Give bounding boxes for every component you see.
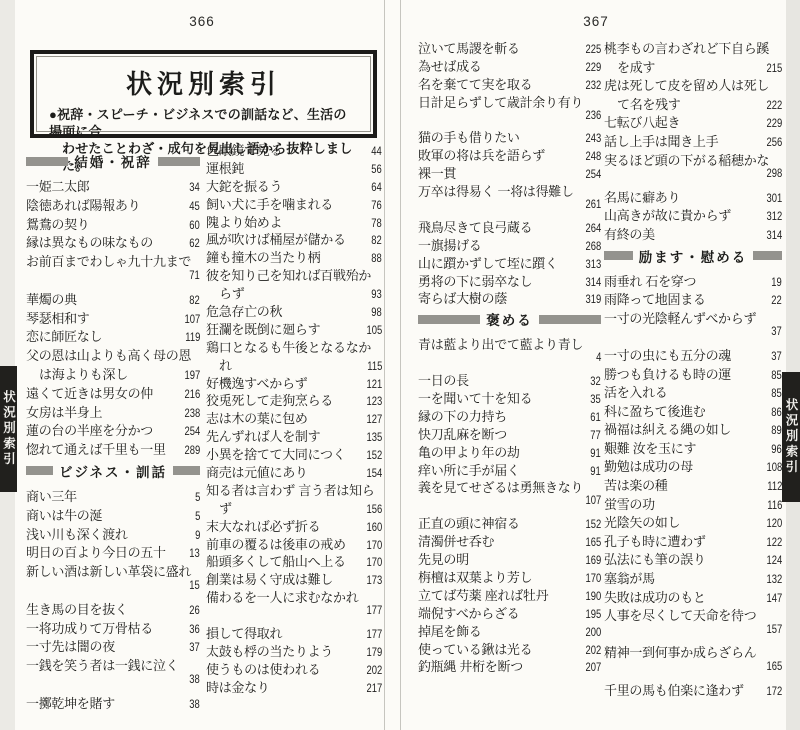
index-entry: 一旗揚げる268 (418, 235, 601, 253)
entry-page-number: 264 (585, 223, 601, 235)
entry-text: 光陰矢の如し (604, 512, 680, 531)
entry-line: 恋に師匠なし119 (26, 326, 200, 345)
index-entry: 掉尾を飾る200 (418, 621, 601, 639)
entry-text: 実るほど頭の下がる稲穂かな (604, 150, 769, 169)
index-column-left-2: 色眼鏡で見る44運根鈍56大鉈を振るう64飼い犬に手を噛まれる76隗より始めよ7… (206, 140, 382, 695)
entry-line: 泣いて馬謖を斬る225 (418, 38, 601, 56)
index-entry: 山高きが故に貴からず312 (604, 205, 782, 224)
entry-text: 生き馬の目を抜く (26, 599, 128, 618)
entry-line: 禍福は糾える縄の如し89 (604, 419, 782, 438)
entry-text: 鶏口となるも牛後となるなか (206, 337, 371, 356)
entry-text: 明日の百より今日の五十 (26, 542, 166, 561)
index-entry: 裸一貫254 (418, 163, 601, 181)
entry-line: 勝つも負けるも時の運85 (604, 364, 782, 383)
index-entry: 禍福は糾える縄の如し89 (604, 419, 782, 438)
entry-text: 勇将の下に弱卒なし (418, 271, 532, 290)
entry-page-number: 207 (585, 662, 601, 674)
entry-continuation-line: 15 (26, 580, 200, 599)
entry-text: 運根鈍 (206, 158, 244, 177)
index-entry: 一寸の虫にも五分の魂37 (604, 345, 782, 364)
entry-line: 商売は元値にあり154 (206, 462, 382, 480)
index-entry: 七転び八起き229 (604, 112, 782, 131)
index-entry: 一寸の光陰軽んずべからず37 (604, 308, 782, 345)
index-entry: 時は金なり217 (206, 677, 382, 695)
entry-text: 船頭多くして船山へ上る (206, 551, 346, 570)
index-entry: 蓮の台の半座を分かつ254 (26, 420, 200, 439)
entry-text: 一銭を笑う者は一銭に泣く (26, 655, 178, 674)
index-entry: 雨垂れ 石を穿つ19 (604, 271, 782, 290)
entry-page-number: 107 (585, 495, 601, 507)
index-entry: 一姫二太郎34 (26, 176, 200, 195)
index-entry: 勝つも負けるも時の運85 (604, 364, 782, 383)
entry-line: 明日の百より今日の五十13 (26, 542, 200, 561)
entry-text: 色眼鏡で見る (206, 140, 282, 159)
entry-text: 鐘も撞木の当たり柄 (206, 247, 320, 266)
entry-page-number: 82 (372, 235, 382, 247)
entry-text: 風が吹けば桶屋が儲かる (206, 229, 346, 248)
index-entry: 勇将の下に弱卒なし314 (418, 271, 601, 289)
entry-text: 寄らば大樹の蔭 (418, 288, 507, 307)
index-entry: 日計足らずして歳計余り有り236 (418, 92, 601, 128)
entry-line: 一旗揚げる268 (418, 235, 601, 253)
entry-page-number: 123 (366, 396, 382, 408)
entry-page-number: 229 (585, 62, 601, 74)
index-entry: 風が吹けば桶屋が儲かる82 (206, 229, 382, 247)
index-entry: 敗軍の将は兵を語らず248 (418, 145, 601, 163)
entry-text: 末大なれば必ず折る (206, 516, 320, 535)
index-entry: 遠くて近きは男女の仲216 (26, 383, 200, 402)
entry-line: 寄らば大樹の蔭319 (418, 288, 601, 306)
entry-line: 一寸の虫にも五分の魂37 (604, 345, 782, 364)
entry-page-number: 38 (190, 674, 200, 686)
entry-continuation-line: 177 (206, 605, 382, 623)
page-number-right: 367 (412, 14, 780, 29)
entry-page-number: 78 (372, 218, 382, 230)
entry-line: 科に盈ちて後進む86 (604, 401, 782, 420)
entry-line: 日計足らずして歳計余り有り (418, 92, 601, 110)
entry-page-number: 60 (190, 220, 200, 232)
index-entry: 清濁併せ呑む165 (418, 531, 601, 549)
entry-line: 敗軍の将は兵を語らず248 (418, 145, 601, 163)
entry-text: 狂瀾を既倒に廻らす (206, 319, 320, 338)
entry-text: 女房は半身上 (26, 402, 102, 421)
entry-page-number: 15 (190, 580, 200, 592)
entry-text: 山高きが故に貴からず (604, 205, 731, 224)
entry-text: 人事を尽くして天命を待つ (604, 605, 756, 624)
entry-line: 活を入れる85 (604, 382, 782, 401)
entry-page-number: 22 (772, 295, 782, 307)
entry-text: 飼い犬に手を噛まれる (206, 194, 333, 213)
index-entry: 失敗は成功のもと147 (604, 587, 782, 606)
entry-text: 父の恩は山よりも高く母の恩 (26, 345, 191, 364)
entry-text: 七転び八起き (604, 112, 680, 131)
entry-line: 商いは牛の涎5 (26, 505, 200, 524)
entry-page-number: 135 (366, 432, 382, 444)
entry-line: 色眼鏡で見る44 (206, 140, 382, 158)
entry-line: 創業は易く守成は難し173 (206, 569, 382, 587)
entry-text: 青は藍より出でて藍より青し (418, 334, 583, 353)
entry-text: 商い三年 (26, 486, 77, 505)
entry-page-number: 256 (766, 137, 782, 149)
entry-page-number: 160 (366, 522, 382, 534)
entry-page-number: 190 (585, 591, 601, 603)
entry-page-number: 236 (585, 110, 601, 122)
index-entry: 父の恩は山よりも高く母の恩は海よりも深し197 (26, 345, 200, 383)
page-boundary-line-left (384, 0, 385, 730)
entry-text: 惚れて通えば千里も一里 (26, 439, 166, 458)
entry-text: 科に盈ちて後進む (604, 401, 705, 420)
entry-line: 船頭多くして船山へ上る170 (206, 551, 382, 569)
entry-text: 一擲乾坤を賭す (26, 693, 115, 712)
entry-line: お前百までわしゃ九十九まで (26, 251, 200, 270)
index-entry: 亀の甲より年の劫91 (418, 442, 601, 460)
entry-text: 志は木の葉に包め (206, 408, 308, 427)
section-bar (418, 315, 480, 324)
entry-line: 勤勉は成功の母108 (604, 456, 782, 475)
entry-text: 蓮の台の半座を分かつ (26, 420, 153, 439)
entry-text: 猫の手も借りたい (418, 127, 520, 146)
entry-text: 先見の明 (418, 549, 469, 568)
entry-text: 栴檀は双葉より芳し (418, 567, 532, 586)
entry-page-number: 197 (184, 370, 200, 382)
thumb-index-tab-right: 状況別索引 (782, 372, 800, 502)
index-entry: 話し上手は聞き上手256 (604, 131, 782, 150)
entry-text: 飛鳥尽きて良弓蔵る (418, 217, 532, 236)
entry-page-number: 86 (772, 407, 782, 419)
entry-page-number: 56 (372, 164, 382, 176)
entry-text: 商いは牛の涎 (26, 505, 102, 524)
entry-line: 亀の甲より年の劫91 (418, 442, 601, 460)
entry-page-number: 165 (585, 537, 601, 549)
entry-text: 掉尾を飾る (418, 621, 482, 640)
entry-text: 日計足らずして歳計余り有り (418, 92, 583, 111)
entry-line: 一擲乾坤を賭す38 (26, 693, 200, 712)
entry-page-number: 44 (372, 146, 382, 158)
entry-page-number: 177 (366, 629, 382, 641)
section-header: 結婚・祝辞 (26, 153, 200, 169)
entry-text: 一旗揚げる (418, 235, 482, 254)
entry-page-number: 45 (190, 201, 200, 213)
entry-line: 風が吹けば桶屋が儲かる82 (206, 229, 382, 247)
entry-page-number: 36 (190, 624, 200, 636)
index-entry: 太鼓も桴の当たりよう179 (206, 641, 382, 659)
index-entry: 苦は楽の種112 (604, 475, 782, 494)
index-entry: 栴檀は双葉より芳し170 (418, 567, 601, 585)
entry-page-number: 91 (591, 448, 601, 460)
index-entry: 浅い川も深く渡れ9 (26, 524, 200, 543)
entry-text: 一将功成りて万骨枯る (26, 618, 153, 637)
index-entry: 明日の百より今日の五十13 (26, 542, 200, 561)
entry-text: 精神一到何事か成らざらん (604, 642, 756, 661)
entry-text: 一姫二太郎 (26, 176, 90, 195)
entry-page-number: 107 (184, 314, 200, 326)
entry-page-number: 71 (190, 270, 200, 282)
entry-line: 一姫二太郎34 (26, 176, 200, 195)
entry-page-number: 254 (184, 426, 200, 438)
index-column-right-2: 桃李もの言わざれど下自ら蹊を成す215虎は死して皮を留め人は死して名を残す222… (604, 38, 782, 698)
entry-line: 小異を捨てて大同につく152 (206, 444, 382, 462)
entry-text: 痒い所に手が届く (418, 460, 520, 479)
index-entry: 華燭の典82 (26, 289, 200, 308)
entry-text: 備わるを一人に求むなかれ (206, 587, 358, 606)
index-entry: 使っている鍬は光る202 (418, 639, 601, 657)
index-entry: 新しい酒は新しい革袋に盛れ15 (26, 561, 200, 599)
section-bar (26, 157, 68, 166)
index-entry: 正直の頭に神宿る152 (418, 513, 601, 531)
entry-text: 艱難 汝を玉にす (604, 438, 696, 457)
entry-line: 琴瑟相和す107 (26, 308, 200, 327)
entry-text: 狡兎死して走狗烹らる (206, 390, 333, 409)
entry-page-number: 319 (585, 294, 601, 306)
section-bar (173, 466, 200, 475)
entry-text: 前車の覆るは後車の戒め (206, 534, 346, 553)
entry-text: 一寸の光陰軽んずべからず (604, 308, 756, 327)
entry-page-number: 116 (767, 500, 782, 512)
entry-text: 先んずれば人を制す (206, 426, 320, 445)
entry-line: 光陰矢の如し120 (604, 512, 782, 531)
entry-page-number: 157 (766, 624, 782, 636)
entry-page-number: 37 (772, 351, 782, 363)
entry-line: 有終の美314 (604, 224, 782, 243)
index-entry: 一将功成りて万骨枯る36 (26, 618, 200, 637)
entry-page-number: 124 (766, 555, 782, 567)
index-entry: 蛍雪の功116 (604, 494, 782, 513)
entry-text: 立てば芍薬 座れば牡丹 (418, 585, 548, 604)
index-entry: 艱難 汝を玉にす96 (604, 438, 782, 457)
entry-page-number: 254 (585, 169, 601, 181)
entry-page-number: 115 (367, 361, 382, 373)
index-entry: 好機逸すべからず121 (206, 373, 382, 391)
index-entry: 山に躓かずして垤に躓く313 (418, 253, 601, 271)
entry-line: 塞翁が馬132 (604, 568, 782, 587)
entry-page-number: 85 (772, 370, 782, 382)
entry-line: 失敗は成功のもと147 (604, 587, 782, 606)
entry-line: 猫の手も借りたい243 (418, 127, 601, 145)
entry-page-number: 32 (591, 376, 601, 388)
entry-page-number: 289 (184, 445, 200, 457)
entry-page-number: 82 (190, 295, 200, 307)
entry-text: 端倪すべからざる (418, 603, 519, 622)
entry-page-number: 152 (366, 450, 382, 462)
entry-page-number: 173 (366, 575, 382, 587)
index-entry: お前百までわしゃ九十九まで71 (26, 251, 200, 289)
index-title-box-inner: 状況別索引 ●祝辞・スピーチ・ビジネスでの訓話など、生活の場面に合 わせたことわ… (36, 56, 371, 132)
entry-text: 縁の下の力持ち (418, 406, 507, 425)
index-entry: 活を入れる85 (604, 382, 782, 401)
entry-line: 義を見てせざるは勇無きなり (418, 477, 601, 495)
entry-text: 蛍雪の功 (604, 494, 655, 513)
entry-line: 危急存亡の秋98 (206, 301, 382, 319)
index-entry: 大鉈を振るう64 (206, 176, 382, 194)
entry-text: 陰徳あれば陽報あり (26, 195, 140, 214)
entry-line: 生き馬の目を抜く26 (26, 599, 200, 618)
index-entry: 運根鈍56 (206, 158, 382, 176)
entry-text: 話し上手は聞き上手 (604, 131, 718, 150)
entry-text: 縁は異なもの味なもの (26, 232, 153, 251)
index-entry: 名馬に癖あり301 (604, 187, 782, 206)
index-title-box: 状況別索引 ●祝辞・スピーチ・ビジネスでの訓話など、生活の場面に合 わせたことわ… (30, 50, 377, 138)
page-edge-right (786, 0, 800, 730)
entry-page-number: 37 (190, 642, 200, 654)
entry-text: 雨降って地固まる (604, 289, 706, 308)
entry-page-number: 165 (766, 661, 782, 673)
index-entry: 女房は半身上238 (26, 402, 200, 421)
entry-page-number: 88 (372, 253, 382, 265)
index-entry: 縁の下の力持ち61 (418, 406, 601, 424)
index-entry: 弘法にも筆の誤り124 (604, 549, 782, 568)
entry-page-number: 202 (366, 665, 382, 677)
entry-page-number: 156 (366, 504, 382, 516)
entry-page-number: 105 (366, 325, 382, 337)
entry-page-number: 93 (372, 289, 382, 301)
entry-page-number: 89 (772, 425, 782, 437)
entry-line: 志は木の葉に包め127 (206, 408, 382, 426)
entry-page-number: 298 (766, 168, 782, 180)
section-label: 結婚・祝辞 (74, 151, 152, 171)
entry-line: 狡兎死して走狗烹らる123 (206, 390, 382, 408)
entry-text: 亀の甲より年の劫 (418, 442, 520, 461)
entry-line: 裸一貫254 (418, 163, 601, 181)
entry-text: 新しい酒は新しい革袋に盛れ (26, 561, 191, 580)
entry-text: 商売は元値にあり (206, 462, 308, 481)
entry-line: 狂瀾を既倒に廻らす105 (206, 319, 382, 337)
entry-page-number: 77 (591, 430, 601, 442)
entry-text: 雨垂れ 石を穿つ (604, 271, 696, 290)
bullet-icon: ● (49, 107, 57, 122)
entry-text: 遠くて近きは男女の仲 (26, 383, 153, 402)
section-label: ビジネス・訓話 (59, 461, 167, 481)
entry-line: 快刀乱麻を断つ77 (418, 424, 601, 442)
entry-page-number: 248 (585, 151, 601, 163)
entry-line: 先んずれば人を制す135 (206, 426, 382, 444)
entry-text: 失敗は成功のもと (604, 587, 706, 606)
entry-page-number: 120 (766, 518, 782, 530)
index-entry: 一を聞いて十を知る35 (418, 388, 601, 406)
entry-continuation-line: れ115 (206, 355, 382, 373)
index-entry: 鶏口となるも牛後となるなかれ115 (206, 337, 382, 373)
entry-page-number: 314 (766, 230, 782, 242)
index-entry: 義を見てせざるは勇無きなり107 (418, 477, 601, 513)
index-entry: 琴瑟相和す107 (26, 308, 200, 327)
entry-line: 一寸先は闇の夜37 (26, 636, 200, 655)
index-entry: 泣いて馬謖を斬る225 (418, 38, 601, 56)
index-entry: 快刀乱麻を断つ77 (418, 424, 601, 442)
section-bar (604, 251, 633, 260)
entry-page-number: 132 (766, 574, 782, 586)
entry-text: 名を棄てて実を取る (418, 74, 532, 93)
entry-line: 知る者は言わず 言う者は知ら (206, 480, 382, 498)
entry-continuation-line: 38 (26, 674, 200, 693)
entry-line: 蛍雪の功116 (604, 494, 782, 513)
entry-text: 名馬に癖あり (604, 187, 680, 206)
entry-line: 女房は半身上238 (26, 402, 200, 421)
entry-line: 蓮の台の半座を分かつ254 (26, 420, 200, 439)
entry-line: 商い三年5 (26, 486, 200, 505)
index-entry: 惚れて通えば千里も一里289 (26, 439, 200, 458)
index-entry: 雨降って地固まる22 (604, 289, 782, 308)
entry-line: 掉尾を飾る200 (418, 621, 601, 639)
entry-continuation-line: を成す215 (604, 57, 782, 76)
entry-line: 遠くて近きは男女の仲216 (26, 383, 200, 402)
index-entry: 狂瀾を既倒に廻らす105 (206, 319, 382, 337)
entry-text: 釣瓶縄 井桁を断つ (418, 656, 523, 675)
entry-page-number: 238 (184, 408, 200, 420)
entry-line: 雨降って地固まる22 (604, 289, 782, 308)
entry-text: 一を聞いて十を知る (418, 388, 532, 407)
entry-line: 備わるを一人に求むなかれ (206, 587, 382, 605)
entry-line: 清濁併せ呑む165 (418, 531, 601, 549)
entry-line: 万卒は得易く 一将は得難し (418, 181, 601, 199)
entry-line: 父の恩は山よりも高く母の恩 (26, 345, 200, 364)
entry-text: 泣いて馬謖を斬る (418, 38, 520, 57)
entry-page-number: 313 (585, 259, 601, 271)
entry-text: 塞翁が馬 (604, 568, 655, 587)
section-bar (26, 466, 53, 475)
index-entry: 科に盈ちて後進む86 (604, 401, 782, 420)
entry-page-number: 64 (372, 182, 382, 194)
index-entry: 陰徳あれば陽報あり45 (26, 195, 200, 214)
entry-page-number: 108 (766, 462, 782, 474)
entry-line: 名馬に癖あり301 (604, 187, 782, 206)
entry-line: 千里の馬も伯楽に逢わず172 (604, 680, 782, 699)
index-entry: 飛鳥尽きて良弓蔵る264 (418, 217, 601, 235)
entry-line: 運根鈍56 (206, 158, 382, 176)
entry-text: 万卒は得易く 一将は得難し (418, 181, 574, 200)
entry-continuation-line: 236 (418, 110, 601, 128)
index-entry: 立てば芍薬 座れば牡丹190 (418, 585, 601, 603)
entry-line: 一を聞いて十を知る35 (418, 388, 601, 406)
entry-page-number: 152 (585, 519, 601, 531)
entry-page-number: 4 (596, 352, 601, 364)
entry-line: 好機逸すべからず121 (206, 373, 382, 391)
entry-continuation-line: 107 (418, 495, 601, 513)
index-entry: 備わるを一人に求むなかれ177 (206, 587, 382, 623)
entry-page-number: 26 (190, 605, 200, 617)
entry-continuation-line: は海よりも深し197 (26, 364, 200, 383)
entry-text: 山に躓かずして垤に躓く (418, 253, 558, 272)
entry-text: 虎は死して皮を留め人は死し (604, 75, 769, 94)
entry-page-number: 172 (766, 686, 782, 698)
entry-page-number: 154 (366, 468, 382, 480)
entry-page-number: 76 (372, 200, 382, 212)
index-title: 状況別索引 (49, 64, 358, 101)
entry-line: 前車の覆るは後車の戒め170 (206, 534, 382, 552)
index-entry: 痒い所に手が届く91 (418, 460, 601, 478)
entry-page-number: 215 (766, 63, 782, 75)
entry-line: 一銭を笑う者は一銭に泣く (26, 655, 200, 674)
entry-continuation-line: 37 (604, 326, 782, 345)
entry-line: 精神一到何事か成らざらん (604, 642, 782, 661)
entry-continuation-line: 4 (418, 352, 601, 370)
entry-text: 危急存亡の秋 (206, 301, 282, 320)
index-entry: 有終の美314 (604, 224, 782, 243)
entry-line: 虎は死して皮を留め人は死し (604, 75, 782, 94)
section-label: 褒める (486, 309, 533, 329)
entry-text: 活を入れる (604, 382, 668, 401)
entry-continuation-line: 261 (418, 199, 601, 217)
entry-page-number: 195 (585, 609, 601, 621)
entry-line: 勇将の下に弱卒なし314 (418, 271, 601, 289)
entry-text: 一寸の虫にも五分の魂 (604, 345, 731, 364)
index-entry: 先見の明169 (418, 549, 601, 567)
entry-line: 鴛鴦の契り60 (26, 214, 200, 233)
entry-page-number: 243 (585, 133, 601, 145)
page-number-left: 366 (26, 14, 378, 29)
index-entry: 船頭多くして船山へ上る170 (206, 551, 382, 569)
entry-line: 末大なれば必ず折る160 (206, 516, 382, 534)
entry-text: 快刀乱麻を断つ (418, 424, 507, 443)
index-entry: 鴛鴦の契り60 (26, 214, 200, 233)
